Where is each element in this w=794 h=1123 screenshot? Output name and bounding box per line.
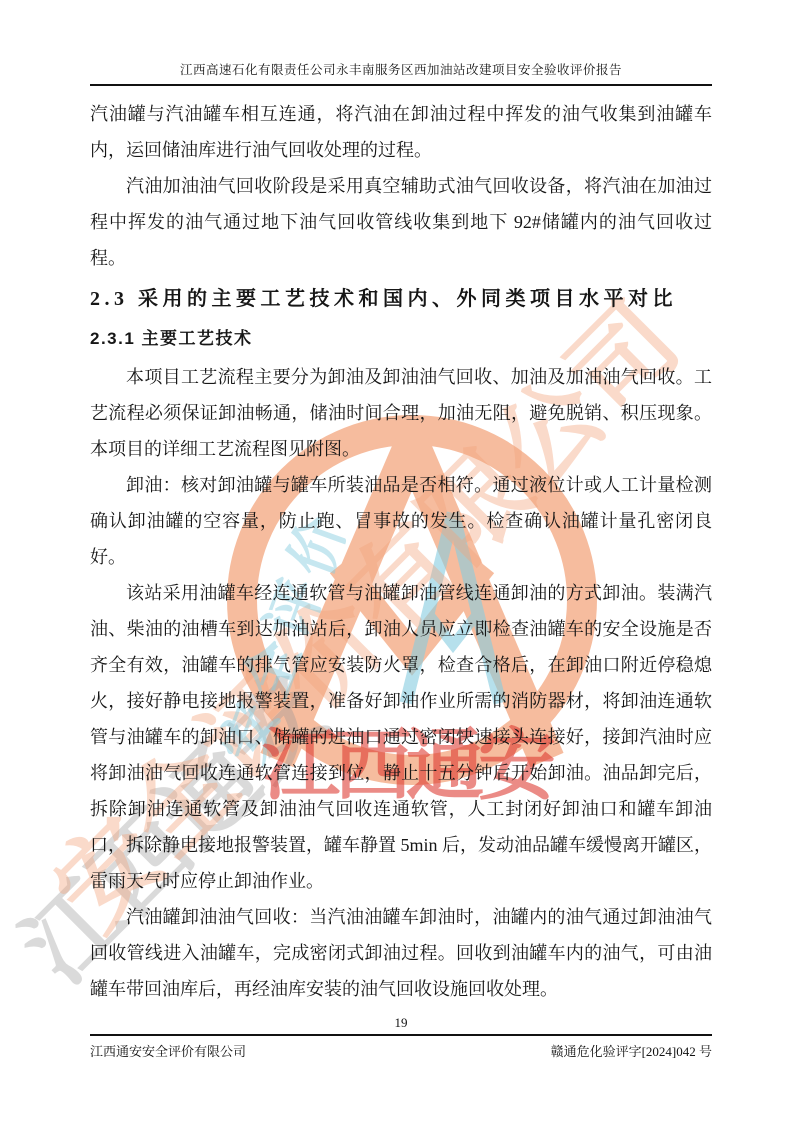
subsection-heading-2-3-1: 2.3.1 主要工艺技术 bbox=[90, 321, 712, 357]
paragraph: 卸油：核对卸油罐与罐车所装油品是否相符。通过液位计或人工计量检测确认卸油罐的空容… bbox=[90, 467, 712, 575]
paragraph: 汽油罐卸油油气回收：当汽油油罐车卸油时，油罐内的油气通过卸油油气回收管线进入油罐… bbox=[90, 899, 712, 1007]
page-footer: 19 江西通安安全评价有限公司 赣通危化验评字[2024]042 号 bbox=[90, 1014, 712, 1060]
report-page: 江西通安 安全评价有限公司 安全评价 江西通安 江西高速石化有限责任公司永丰南服… bbox=[0, 0, 794, 1123]
paragraph: 本项目工艺流程主要分为卸油及卸油油气回收、加油及加油油气回收。工艺流程必须保证卸… bbox=[90, 359, 712, 467]
page-header: 江西高速石化有限责任公司永丰南服务区西加油站改建项目安全验收评价报告 bbox=[90, 60, 712, 86]
paragraph: 汽油罐与汽油罐车相互连通，将汽油在卸油过程中挥发的油气收集到油罐车内，运回储油库… bbox=[90, 96, 712, 168]
footer-doc-number: 赣通危化验评字[2024]042 号 bbox=[551, 1041, 712, 1060]
paragraph: 汽油加油油气回收阶段是采用真空辅助式油气回收设备，将汽油在加油过程中挥发的油气通… bbox=[90, 168, 712, 276]
footer-company: 江西通安安全评价有限公司 bbox=[90, 1041, 246, 1060]
section-heading-2-3: 2.3 采用的主要工艺技术和国内、外同类项目水平对比 bbox=[90, 279, 712, 319]
header-title: 江西高速石化有限责任公司永丰南服务区西加油站改建项目安全验收评价报告 bbox=[90, 60, 712, 78]
page-number: 19 bbox=[90, 1014, 712, 1032]
paragraph: 该站采用油罐车经连通软管与油罐卸油管线连通卸油的方式卸油。装满汽油、柴油的油槽车… bbox=[90, 575, 712, 899]
document-body: 汽油罐与汽油罐车相互连通，将汽油在卸油过程中挥发的油气收集到油罐车内，运回储油库… bbox=[90, 96, 712, 1007]
